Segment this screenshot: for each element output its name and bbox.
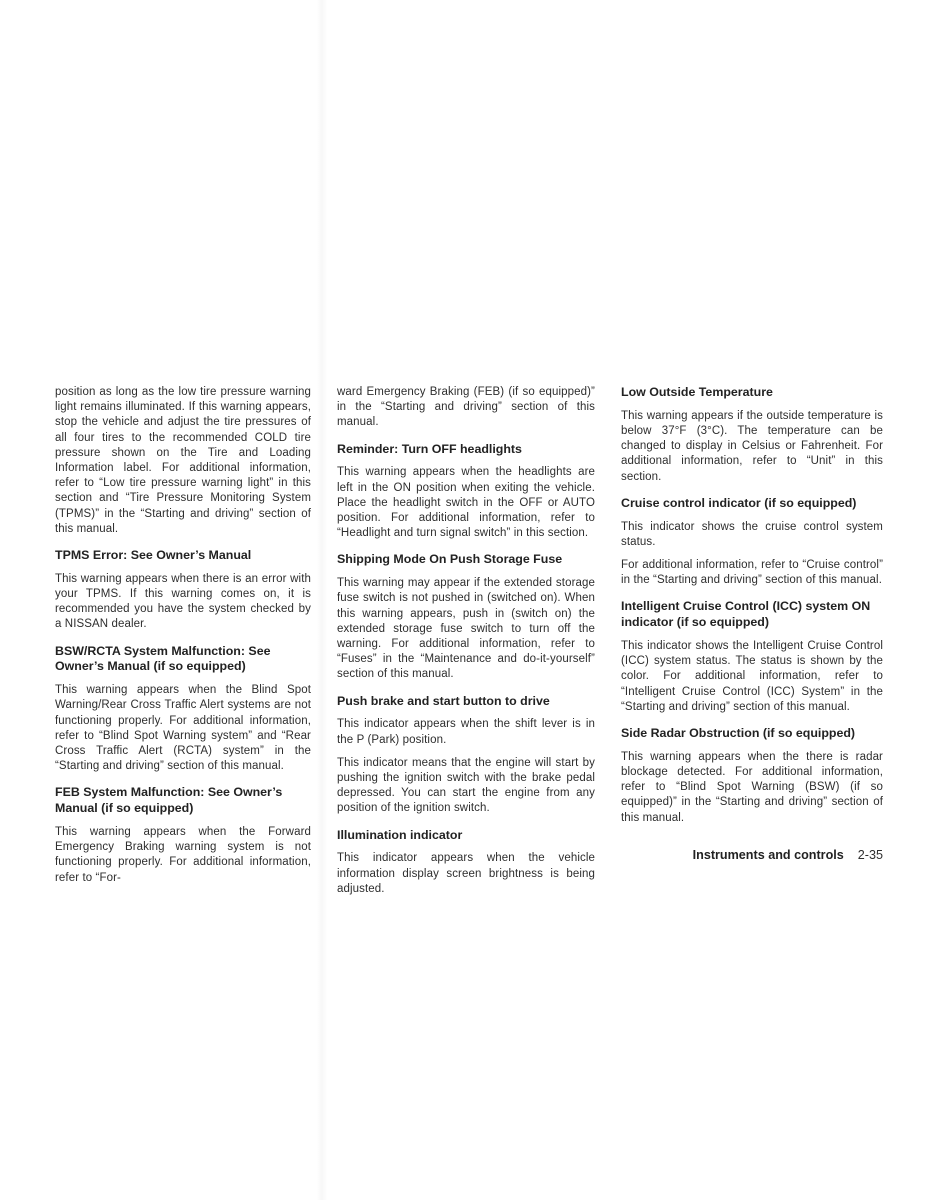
paragraph-side-radar-obstruction: This warning appears when the there is r… [621,750,883,826]
page-footer: Instruments and controls2-35 [693,848,883,862]
heading-low-outside-temperature: Low Outside Temperature [621,385,883,401]
paragraph-cruise-control-refer: For additional information, refer to “Cr… [621,558,883,588]
paragraph-feb-malfunction: This warning appears when the Forward Em… [55,825,311,886]
text-column-1: position as long as the low tire pressur… [55,385,311,894]
paragraph-illumination-indicator: This indicator appears when the vehicle … [337,851,595,897]
paragraph-tpms-error: This warning appears when there is an er… [55,572,311,633]
text-column-2: ward Emergency Braking (FEB) (if so equi… [337,385,595,905]
text-column-3: Low Outside Temperature This warning app… [621,385,883,834]
paragraph-bsw-rcta-malfunction: This warning appears when the Blind Spot… [55,683,311,774]
footer-section-title: Instruments and controls [693,848,844,862]
heading-tpms-error: TPMS Error: See Owner’s Manual [55,548,311,564]
paragraph-shipping-mode: This warning may appear if the extended … [337,576,595,682]
heading-cruise-control-indicator: Cruise control indicator (if so equipped… [621,496,883,512]
heading-bsw-rcta-malfunction: BSW/RCTA System Malfunction: See Owner’s… [55,644,311,676]
heading-feb-malfunction: FEB System Malfunction: See Owner’s Manu… [55,785,311,817]
heading-push-brake: Push brake and start button to drive [337,694,595,710]
heading-shipping-mode: Shipping Mode On Push Storage Fuse [337,552,595,568]
footer-page-number: 2-35 [858,848,883,862]
heading-reminder-headlights: Reminder: Turn OFF headlights [337,442,595,458]
paragraph-push-brake-1: This indicator appears when the shift le… [337,717,595,747]
heading-side-radar-obstruction: Side Radar Obstruction (if so equipped) [621,726,883,742]
paragraph-low-outside-temperature: This warning appears if the outside temp… [621,409,883,485]
paragraph-cruise-control-status: This indicator shows the cruise control … [621,520,883,550]
heading-illumination-indicator: Illumination indicator [337,828,595,844]
paragraph-reminder-headlights: This warning appears when the headlights… [337,465,595,541]
paragraph-tpms-continuation: position as long as the low tire pressur… [55,385,311,537]
page-gutter-shadow [317,0,327,1200]
paragraph-push-brake-2: This indicator means that the engine wil… [337,756,595,817]
heading-icc-system-on: Intelligent Cruise Control (ICC) system … [621,599,883,631]
paragraph-icc-system-on: This indicator shows the Intelligent Cru… [621,639,883,715]
paragraph-feb-continuation: ward Emergency Braking (FEB) (if so equi… [337,385,595,431]
manual-page: position as long as the low tire pressur… [0,0,927,1200]
